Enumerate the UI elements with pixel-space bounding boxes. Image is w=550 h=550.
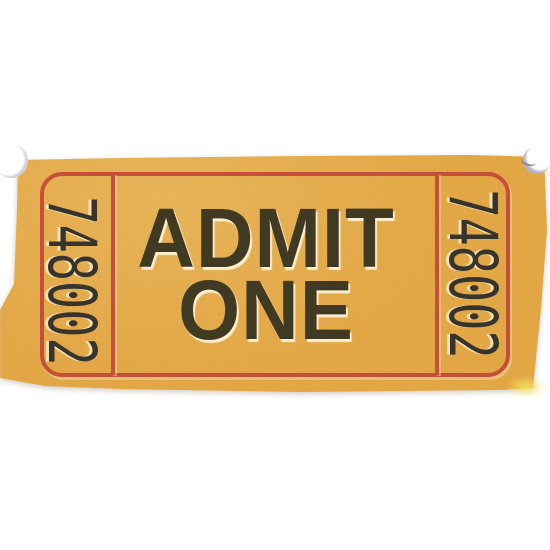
serial-number-right: 748002 <box>439 189 505 359</box>
admit-text: ADMIT ONE <box>98 202 434 346</box>
ticket-photo: 748002 748002 ADMIT ONE <box>0 0 550 550</box>
ticket-paper-shadow: 748002 748002 ADMIT ONE <box>0 148 550 404</box>
corner-smudge <box>506 376 546 398</box>
admit-line-2: ONE <box>106 274 425 346</box>
serial-number-left: 748002 <box>38 196 104 366</box>
ticket-paper: 748002 748002 ADMIT ONE <box>0 148 550 404</box>
